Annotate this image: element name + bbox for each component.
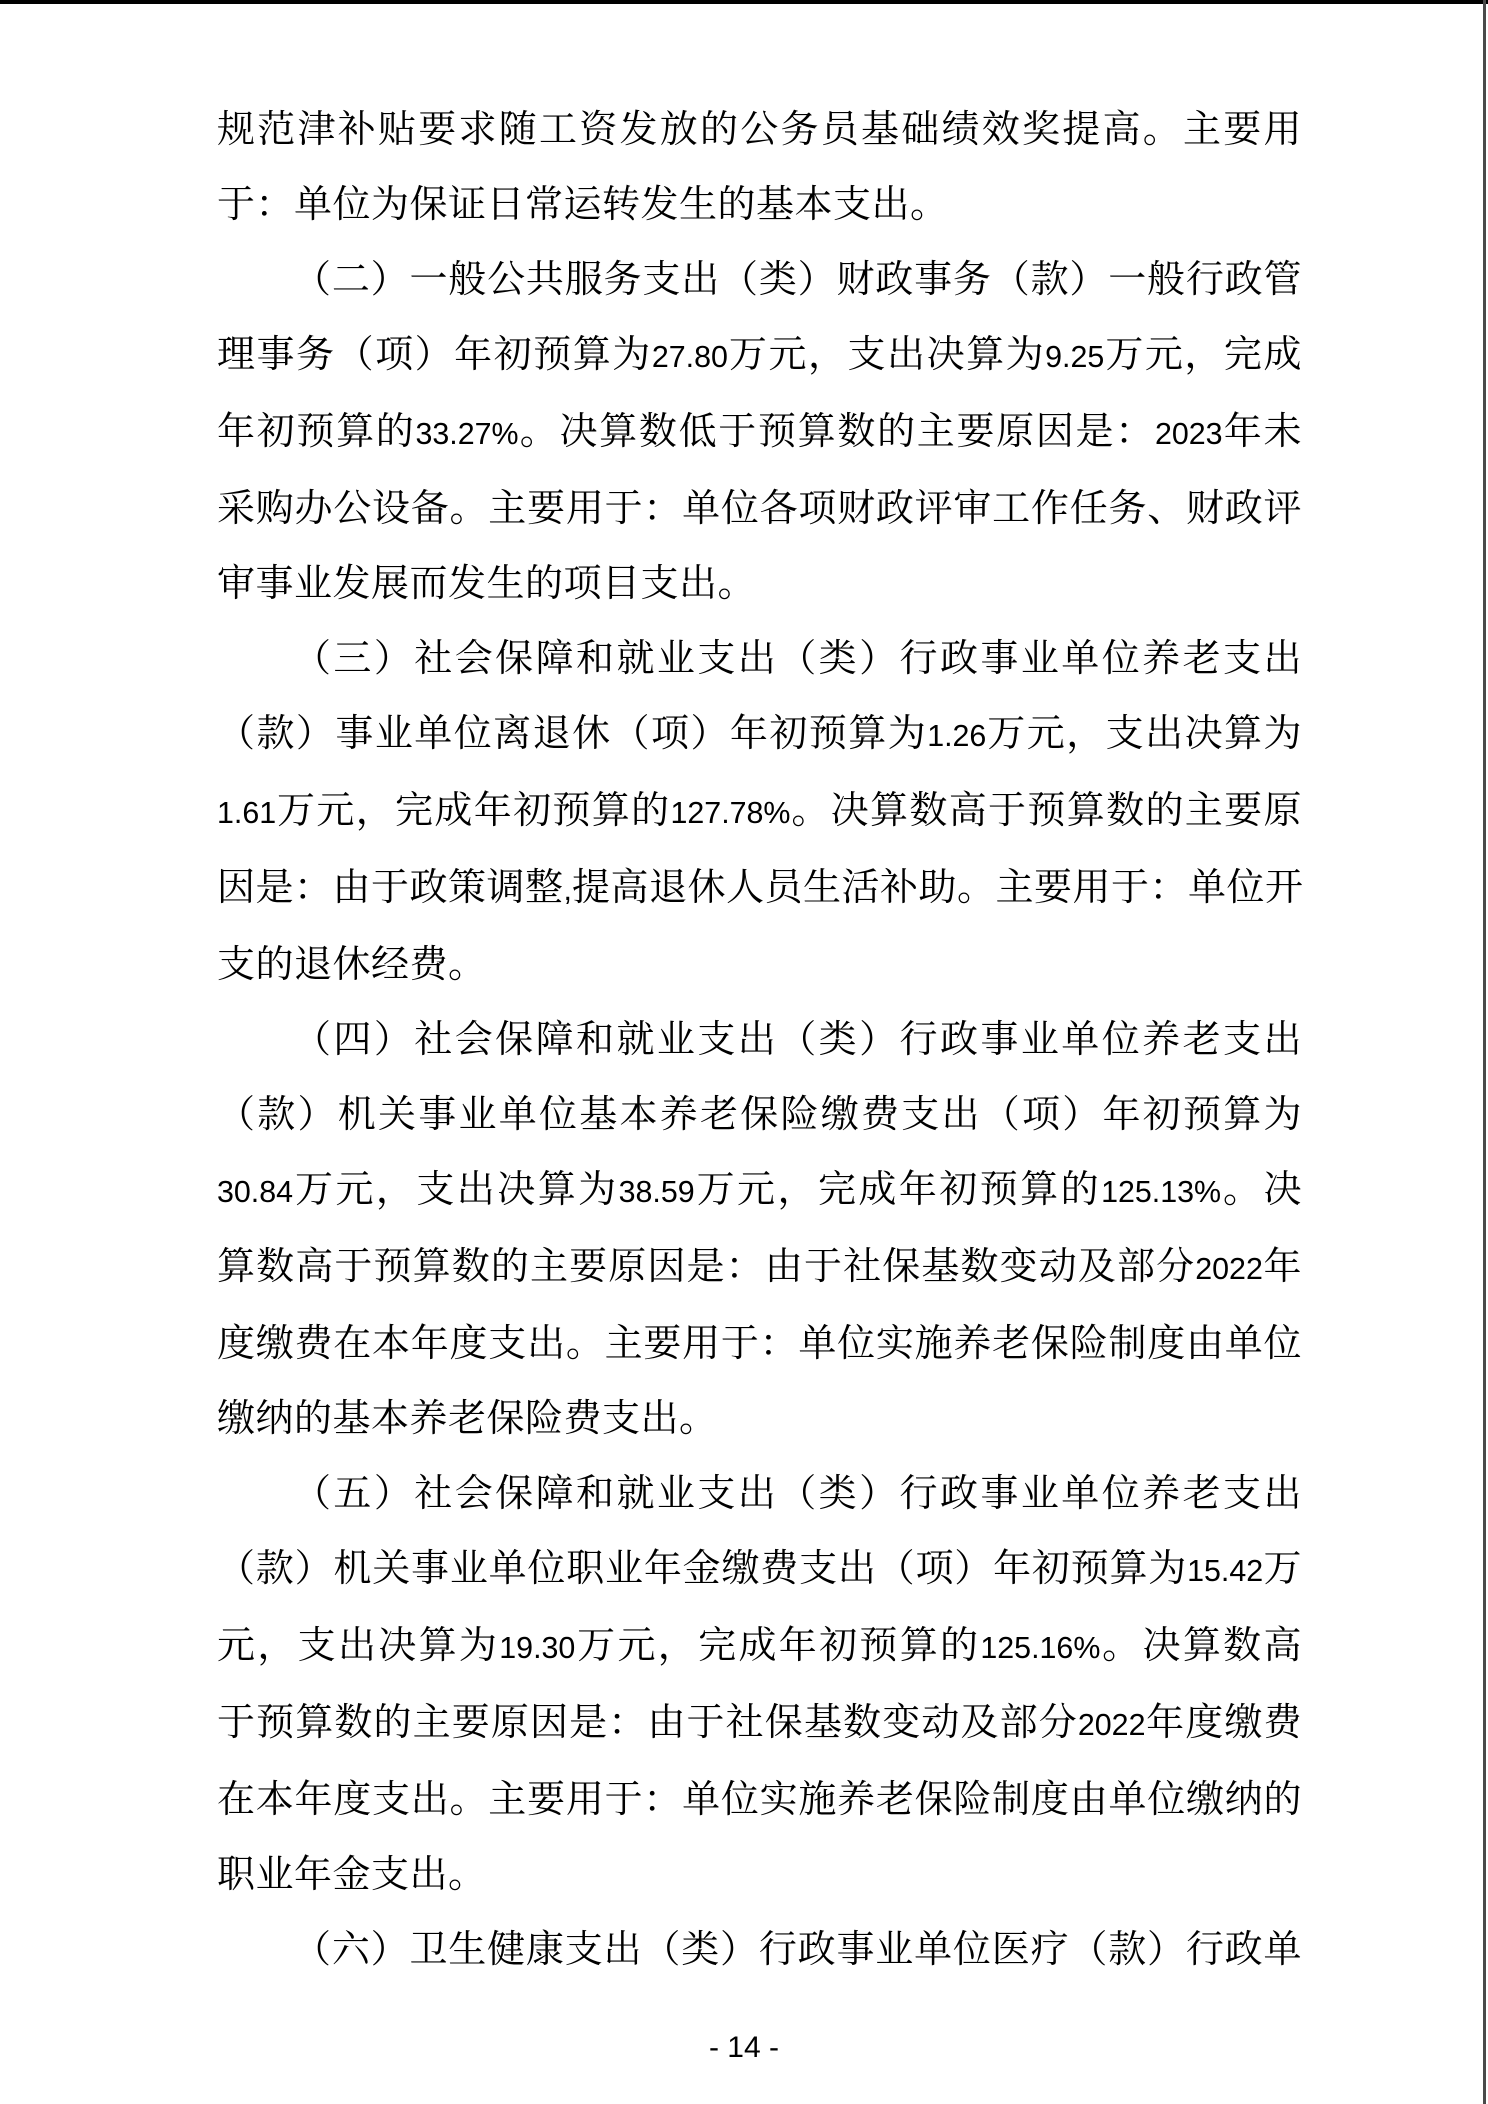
text-line: （六）卫生健康支出（类）行政事业单位医疗（款）行政单 xyxy=(217,1913,1302,1988)
page-number: - 14 - xyxy=(709,2031,779,2064)
text-line: 支的退休经费。 xyxy=(217,928,1302,1003)
text-line: 度缴费在本年度支出。主要用于：单位实施养老保险制度由单位 xyxy=(217,1307,1302,1382)
text-line: （三）社会保障和就业支出（类）行政事业单位养老支出 xyxy=(217,622,1302,697)
numeric-text: 1.61 xyxy=(217,796,276,830)
numeric-text: 19.30 xyxy=(499,1631,575,1665)
text-line: （二）一般公共服务支出（类）财政事务（款）一般行政管 xyxy=(217,243,1302,318)
numeric-text: 38.59 xyxy=(619,1175,695,1209)
text-line: 采购办公设备。主要用于：单位各项财政评审工作任务、财政评 xyxy=(217,472,1302,547)
text-line: 缴纳的基本养老保险费支出。 xyxy=(217,1382,1302,1457)
text-line: 规范津补贴要求随工资发放的公务员基础绩效奖提高。主要用 xyxy=(217,93,1302,168)
text-line: （款）机关事业单位基本养老保险缴费支出（项）年初预算为 xyxy=(217,1078,1302,1153)
scan-edge-right-line xyxy=(1483,0,1486,2104)
text-line: 职业年金支出。 xyxy=(217,1838,1302,1913)
numeric-text: 30.84 xyxy=(217,1175,293,1209)
text-line: 因是：由于政策调整,提高退休人员生活补助。主要用于：单位开 xyxy=(217,851,1302,928)
numeric-text: 125.16% xyxy=(980,1631,1100,1665)
text-line: （五）社会保障和就业支出（类）行政事业单位养老支出 xyxy=(217,1457,1302,1532)
numeric-text: 15.42 xyxy=(1187,1554,1263,1588)
text-line: 元，支出决算为19.30万元，完成年初预算的125.16%。决算数高 xyxy=(217,1609,1302,1686)
scan-edge-top-bar xyxy=(0,0,1488,4)
numeric-text: 2022 xyxy=(1078,1708,1146,1742)
text-line: 审事业发展而发生的项目支出。 xyxy=(217,547,1302,622)
text-line: 于预算数的主要原因是：由于社保基数变动及部分2022年度缴费 xyxy=(217,1686,1302,1763)
page-footer: - 14 - xyxy=(0,2028,1488,2068)
text-line: 年初预算的33.27%。决算数低于预算数的主要原因是：2023年未 xyxy=(217,395,1302,472)
numeric-text: , xyxy=(564,873,572,907)
document-body: 规范津补贴要求随工资发放的公务员基础绩效奖提高。主要用于：单位为保证日常运转发生… xyxy=(217,93,1302,1988)
numeric-text: 27.80 xyxy=(652,340,728,374)
document-page: 规范津补贴要求随工资发放的公务员基础绩效奖提高。主要用于：单位为保证日常运转发生… xyxy=(0,0,1488,2104)
numeric-text: 1.26 xyxy=(927,719,986,753)
numeric-text: 2022 xyxy=(1195,1252,1263,1286)
text-line: 在本年度支出。主要用于：单位实施养老保险制度由单位缴纳的 xyxy=(217,1763,1302,1838)
numeric-text: 9.25 xyxy=(1045,340,1104,374)
numeric-text: 2023 xyxy=(1155,417,1223,451)
text-line: 算数高于预算数的主要原因是：由于社保基数变动及部分2022年 xyxy=(217,1230,1302,1307)
numeric-text: 125.13% xyxy=(1101,1175,1221,1209)
text-line: 于：单位为保证日常运转发生的基本支出。 xyxy=(217,168,1302,243)
text-line: （款）机关事业单位职业年金缴费支出（项）年初预算为15.42万 xyxy=(217,1532,1302,1609)
text-line: （四）社会保障和就业支出（类）行政事业单位养老支出 xyxy=(217,1003,1302,1078)
numeric-text: 33.27% xyxy=(416,417,519,451)
text-line: 30.84万元，支出决算为38.59万元，完成年初预算的125.13%。决 xyxy=(217,1153,1302,1230)
text-line: 理事务（项）年初预算为27.80万元，支出决算为9.25万元，完成 xyxy=(217,318,1302,395)
numeric-text: 127.78% xyxy=(670,796,790,830)
text-line: 1.61万元，完成年初预算的127.78%。决算数高于预算数的主要原 xyxy=(217,774,1302,851)
text-line: （款）事业单位离退休（项）年初预算为1.26万元，支出决算为 xyxy=(217,697,1302,774)
